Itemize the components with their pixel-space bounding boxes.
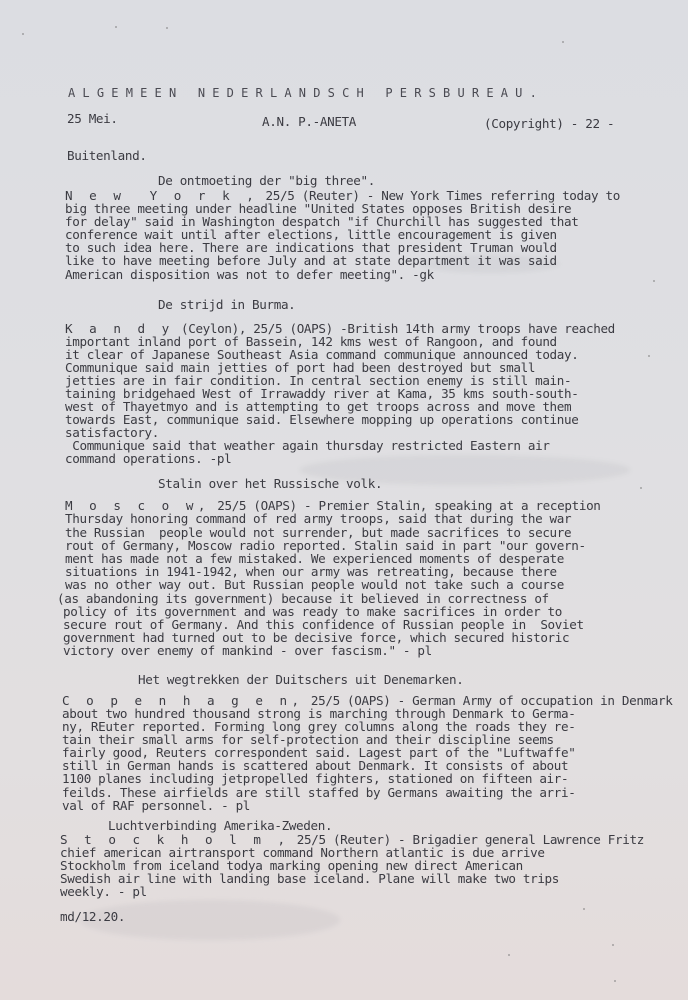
article-heading: De strijd in Burma. <box>158 298 295 312</box>
bulletin-date: 25 Mei. <box>67 112 118 126</box>
paper-speck <box>614 980 616 982</box>
paper-speck <box>612 944 614 946</box>
paper-speck <box>640 487 642 489</box>
article-text: was no other way out. But Russian people… <box>65 578 564 592</box>
paper-speck <box>115 26 117 28</box>
paper-speck <box>562 41 564 43</box>
article-text: like to have meeting before July and at … <box>65 254 557 268</box>
article-heading: Luchtverbinding Amerika-Zweden. <box>108 819 332 833</box>
paper-speck <box>508 954 510 956</box>
article-text: American disposition was not to defer me… <box>65 268 434 282</box>
paper-speck <box>583 908 585 910</box>
section-title: Buitenland. <box>67 149 147 163</box>
article-heading: Stalin over het Russische volk. <box>158 477 382 491</box>
article-text: weekly. - pl <box>60 885 147 899</box>
agency-name: A.N. P.-ANETA <box>262 115 356 129</box>
article-heading: Het wegtrekken der Duitschers uit Denema… <box>138 673 463 687</box>
paper-speck <box>166 27 168 29</box>
copyright-page-number: (Copyright) - 22 - <box>484 117 614 131</box>
article-text: Thursday honoring command of red army tr… <box>65 512 571 526</box>
paper-speck <box>648 355 650 357</box>
article-text: command operations. -pl <box>65 452 231 466</box>
article-text: victory over enemy of mankind - over fas… <box>63 644 432 658</box>
paper-speck <box>653 280 655 282</box>
typewritten-news-bulletin: ALGEMEEN NEDERLANDSCH PERSBUREAU. 25 Mei… <box>0 0 688 1000</box>
paper-speck <box>22 33 24 35</box>
letterhead: ALGEMEEN NEDERLANDSCH PERSBUREAU. <box>68 86 544 100</box>
article-heading: De ontmoeting der "big three". <box>158 174 375 188</box>
footer-reference: md/12.20. <box>60 910 125 924</box>
article-text: val of RAF personnel. - pl <box>62 799 250 813</box>
article-text: 1100 planes including jetpropelled fight… <box>62 772 568 786</box>
